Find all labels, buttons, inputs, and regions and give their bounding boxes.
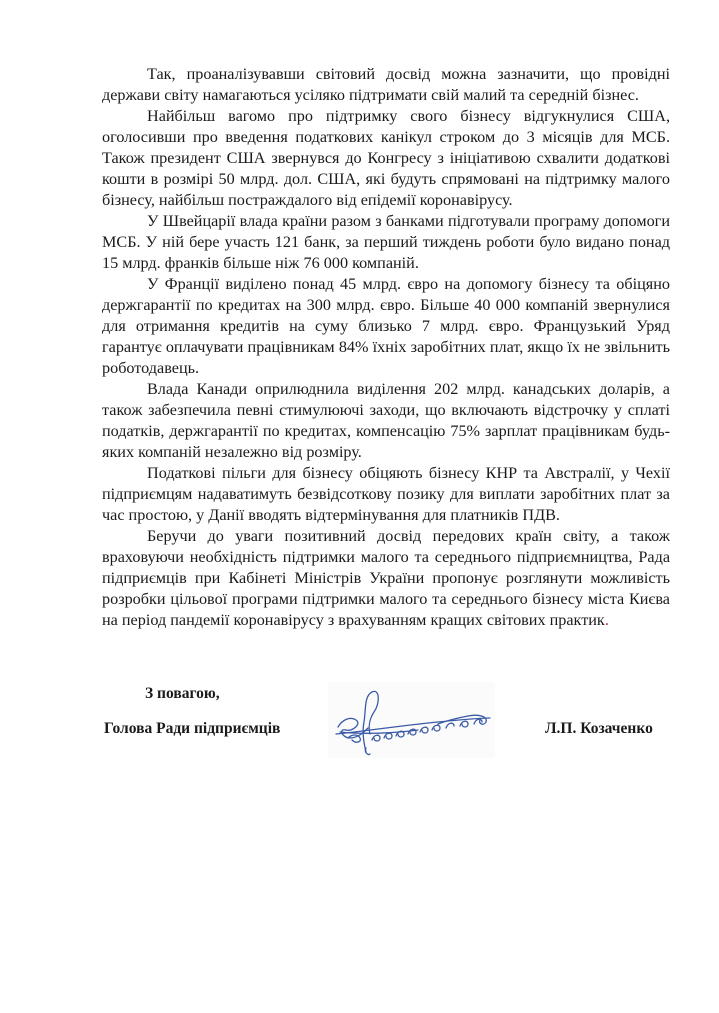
signature-icon (328, 682, 495, 758)
paragraph-france: У Франції виділено понад 45 млрд. євро н… (102, 274, 670, 379)
paragraph-intro: Так, проаналізувавши світовий досвід мож… (102, 64, 670, 106)
paragraph-canada: Влада Канади оприлюднила виділення 202 м… (102, 379, 670, 463)
end-mark: . (605, 611, 609, 629)
signer-title: Голова Ради підприємців (104, 720, 280, 738)
letter-body: Так, проаналізувавши світовий досвід мож… (102, 64, 670, 631)
proposal-text: Беручи до уваги позитивний досвід передо… (102, 527, 670, 629)
paragraph-proposal: Беручи до уваги позитивний досвід передо… (102, 526, 670, 631)
document-page: Так, проаналізувавши світовий досвід мож… (0, 0, 719, 1013)
paragraph-usa: Найбільш вагомо про підтримку свого бізн… (102, 106, 670, 211)
closing-salutation: З повагою, (145, 685, 220, 703)
signature-image (328, 682, 495, 758)
signer-name: Л.П. Козаченко (545, 720, 653, 738)
paragraph-switzerland: У Швейцарії влада країни разом з банками… (102, 211, 670, 274)
paragraph-other-countries: Податкові пільги для бізнесу обіцяють бі… (102, 463, 670, 526)
